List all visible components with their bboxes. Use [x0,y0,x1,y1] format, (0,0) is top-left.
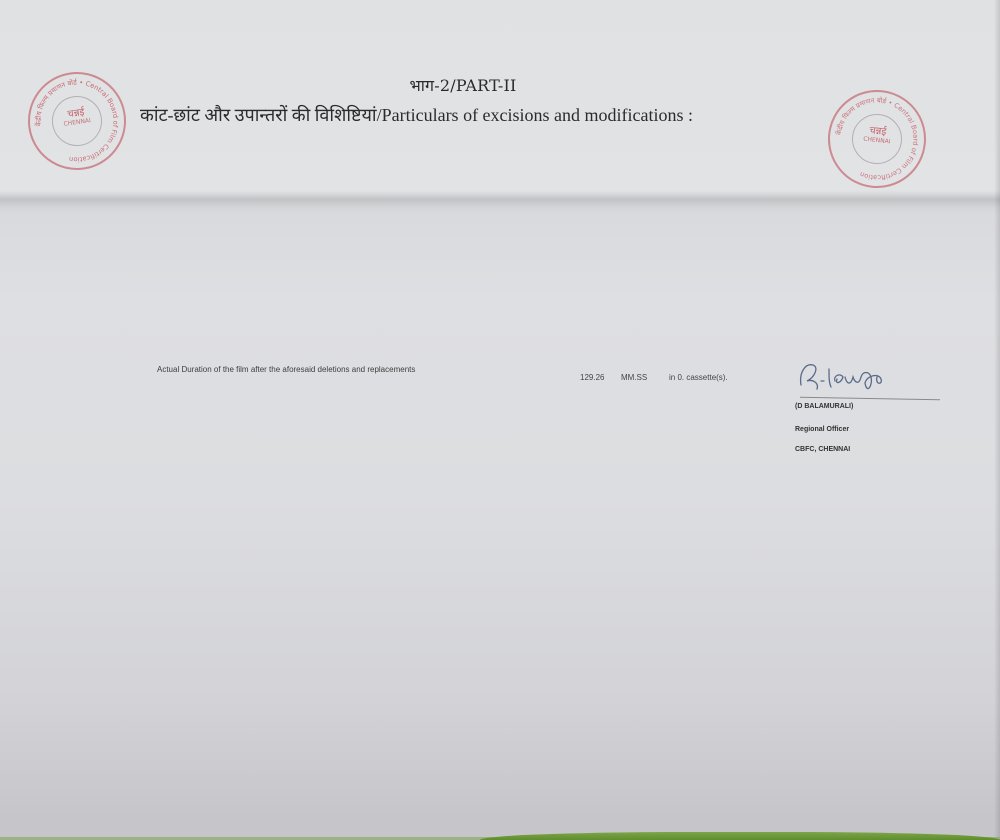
duration-unit: MM.SS [621,373,647,382]
duration-label: Actual Duration of the film after the af… [157,365,415,374]
officer-office: CBFC, CHENNAI [795,446,850,453]
cbfc-seal-left: केंद्रीय फिल्म प्रमाणन बोर्ड • Central B… [22,66,133,177]
cassette-count: in 0. cassette(s). [669,373,728,382]
officer-title: Regional Officer [795,426,849,433]
duration-value: 129.26 [580,373,604,382]
particulars-heading: कांट-छांट और उपान्तरों की विशिष्टियां/Pa… [140,103,693,127]
signature-icon [795,355,905,397]
cbfc-seal-right: केंद्रीय फिल्म प्रमाणन बोर्ड • Central B… [823,85,931,193]
background-grass [480,832,1000,840]
officer-name: (D BALAMURALI) [795,403,853,410]
paper-edge-shadow [994,0,1000,840]
paper-fold [0,192,1000,208]
